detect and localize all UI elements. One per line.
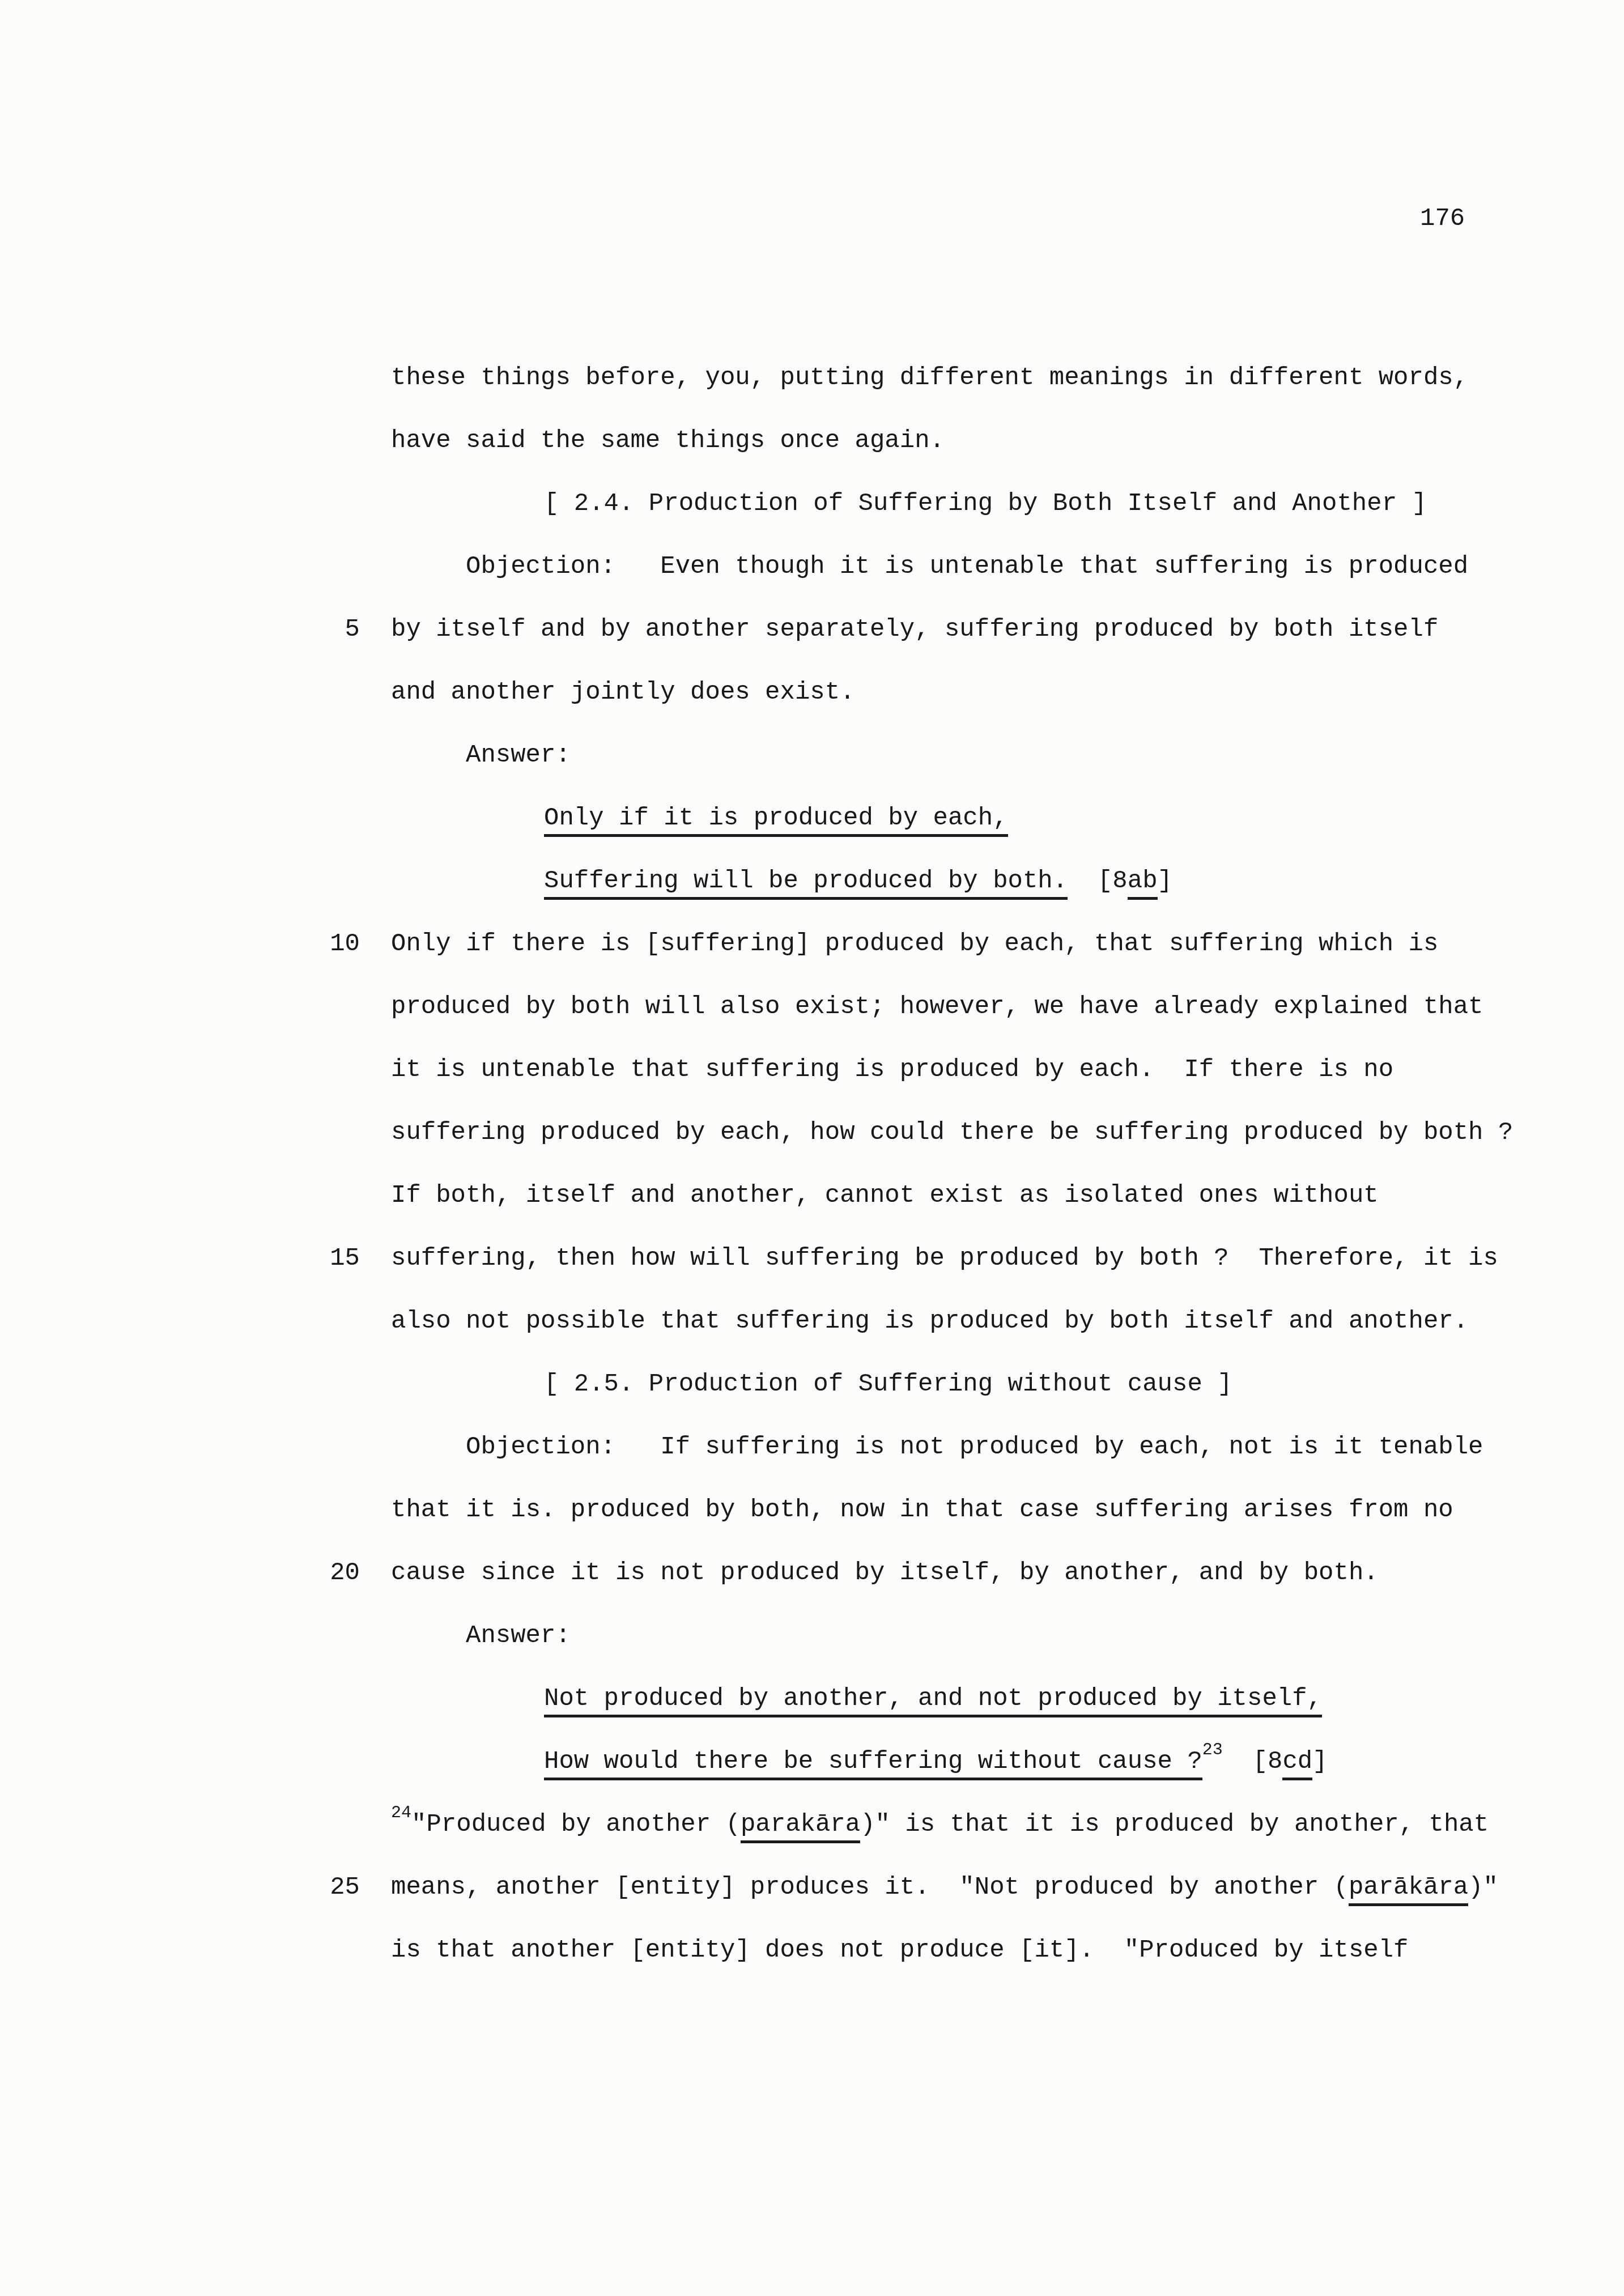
body-line: 5by itself and by another separately, su…: [391, 598, 1624, 661]
sanskrit-term: parakāra: [741, 1810, 860, 1843]
objection-line: Objection: If suffering is not produced …: [391, 1416, 1624, 1479]
verse-line: Only if it is produced by each,: [391, 787, 1624, 850]
body-text: have said the same things once again.: [391, 427, 945, 455]
verse-underlined-text: Not produced by another, and not produce…: [544, 1685, 1322, 1717]
footnote-marker: 23: [1202, 1741, 1223, 1760]
body-text: it is untenable that suffering is produc…: [391, 1056, 1393, 1084]
body-text: )" is that it is produced by another, th…: [860, 1810, 1489, 1839]
body-line: have said the same things once again.: [391, 410, 1624, 473]
line-number: 25: [303, 1856, 360, 1919]
body-text: by itself and by another separately, suf…: [391, 615, 1438, 644]
body-text: Only if there is [suffering] produced by…: [391, 930, 1438, 958]
answer-line: Answer:: [391, 724, 1624, 787]
body-text: If both, itself and another, cannot exis…: [391, 1181, 1379, 1210]
body-text: these things before, you, putting differ…: [391, 364, 1468, 392]
objection-line: Objection: Even though it is untenable t…: [391, 535, 1624, 598]
line-number: 10: [303, 913, 360, 976]
verse-underlined-text: Only if it is produced by each,: [544, 804, 1008, 837]
verse-ref: ]: [1158, 867, 1172, 895]
body-line: these things before, you, putting differ…: [391, 347, 1624, 410]
body-line: suffering produced by each, how could th…: [391, 1102, 1624, 1164]
verse-line: Not produced by another, and not produce…: [391, 1668, 1624, 1730]
section-heading-text: [ 2.4. Production of Suffering by Both I…: [544, 490, 1427, 518]
body-line: also not possible that suffering is prod…: [391, 1290, 1624, 1353]
body-text: Objection: If suffering is not produced …: [466, 1433, 1483, 1461]
line-number: 15: [303, 1227, 360, 1290]
body-text: is that another [entity] does not produc…: [391, 1936, 1409, 1965]
page-number: 176: [1420, 205, 1465, 232]
body-text: that it is. produced by both, now in tha…: [391, 1496, 1453, 1524]
body-line: and another jointly does exist.: [391, 661, 1624, 724]
verse-ref-underlined: ab: [1128, 867, 1158, 900]
body-line: produced by both will also exist; howeve…: [391, 976, 1624, 1039]
body-text: "Produced by another (: [411, 1810, 741, 1839]
body-text: also not possible that suffering is prod…: [391, 1307, 1468, 1336]
body-line: 20cause since it is not produced by itse…: [391, 1542, 1624, 1605]
line-number: 5: [303, 598, 360, 661]
line-number: 20: [303, 1542, 360, 1605]
spacer: [1223, 1747, 1253, 1776]
verse-line: Suffering will be produced by both. [8ab…: [391, 850, 1624, 913]
verse-ref: [8: [1253, 1747, 1283, 1776]
body-line: it is untenable that suffering is produc…: [391, 1039, 1624, 1102]
verse-underlined-text: Suffering will be produced by both.: [544, 867, 1068, 900]
body-text: and another jointly does exist.: [391, 678, 855, 707]
body-line: that it is. produced by both, now in tha…: [391, 1479, 1624, 1542]
verse-ref: ]: [1312, 1747, 1327, 1776]
body-text: suffering, then how will suffering be pr…: [391, 1244, 1498, 1273]
body-line: If both, itself and another, cannot exis…: [391, 1164, 1624, 1227]
body-text: Objection: Even though it is untenable t…: [466, 552, 1468, 581]
body-text: Answer:: [466, 1622, 571, 1650]
body-text: Answer:: [466, 741, 571, 769]
spacer: [1068, 867, 1098, 895]
verse-underlined-text: How would there be suffering without cau…: [544, 1747, 1202, 1780]
body-line: 10Only if there is [suffering] produced …: [391, 913, 1624, 976]
answer-line: Answer:: [391, 1605, 1624, 1668]
section-heading: [ 2.5. Production of Suffering without c…: [391, 1353, 1624, 1416]
text-block: these things before, you, putting differ…: [391, 347, 1624, 1982]
body-text: )": [1468, 1873, 1498, 1902]
commentary-line: 24"Produced by another (parakāra)" is th…: [391, 1793, 1624, 1856]
body-line: is that another [entity] does not produc…: [391, 1919, 1624, 1982]
body-text: produced by both will also exist; howeve…: [391, 993, 1483, 1021]
footnote-marker: 24: [391, 1804, 411, 1823]
body-text: cause since it is not produced by itself…: [391, 1559, 1379, 1587]
document-page: 176 these things before, you, putting di…: [0, 0, 1624, 2296]
verse-ref: [8: [1098, 867, 1128, 895]
verse-line: How would there be suffering without cau…: [391, 1730, 1624, 1793]
section-heading-text: [ 2.5. Production of Suffering without c…: [544, 1370, 1232, 1398]
verse-ref-underlined: cd: [1282, 1747, 1312, 1780]
sanskrit-term: parākāra: [1349, 1873, 1468, 1906]
body-text: suffering produced by each, how could th…: [391, 1119, 1513, 1147]
body-line: 15suffering, then how will suffering be …: [391, 1227, 1624, 1290]
body-text: means, another [entity] produces it. "No…: [391, 1873, 1349, 1902]
section-heading: [ 2.4. Production of Suffering by Both I…: [391, 473, 1624, 535]
commentary-line: 25means, another [entity] produces it. "…: [391, 1856, 1624, 1919]
